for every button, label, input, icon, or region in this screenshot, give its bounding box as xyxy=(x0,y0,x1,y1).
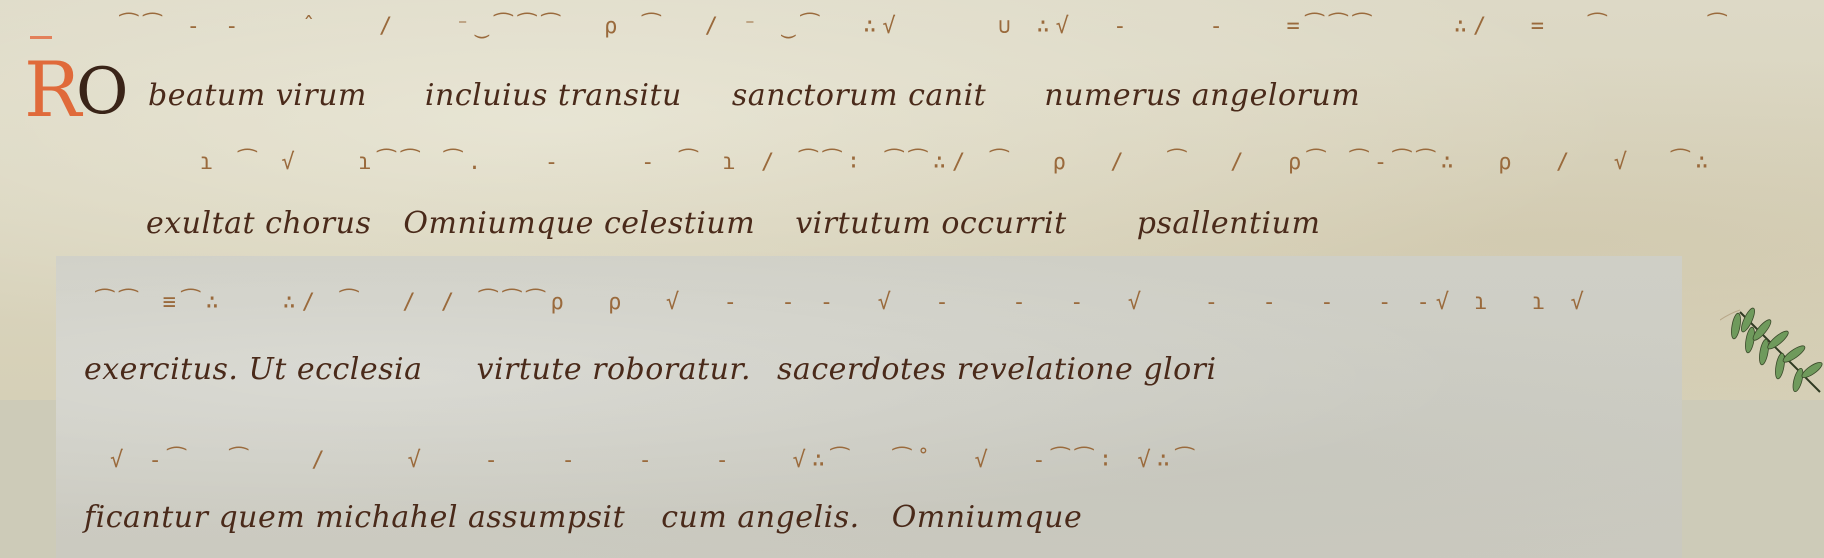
text-word: cum angelis. xyxy=(661,500,859,535)
background-corner-right xyxy=(1682,400,1824,558)
text-line-3: exercitus. Ut ecclesia virtute roboratur… xyxy=(84,352,1245,387)
neume-line-1: ⁀⁀ - - ˆ / ⁻‿⁀⁀⁀ ρ ⁀ / ⁻ ‿⁀ ∴√ ∪ ∴√ - - … xyxy=(120,14,1732,39)
rubric-initial: R xyxy=(24,52,81,128)
neume-line-2: ɿ ⁀ √ ɿ⁀⁀ ⁀. - - ⁀ ɿ / ⁀⁀∶ ⁀⁀∴/ ⁀ ρ / ⁀ … xyxy=(200,150,1714,175)
text-word: sanctorum canit xyxy=(732,78,986,113)
neume-line-3: ⁀⁀ ≡⁀∴ ∴/ ⁀ / / ⁀⁀⁀ρ ρ √ - - - √ - - - √… xyxy=(96,290,1590,315)
text-line-1: beatum virum incluius transitu sanctorum… xyxy=(148,78,1388,113)
sprig-drawing-icon xyxy=(1720,300,1824,400)
abbreviation-bar xyxy=(30,36,52,39)
text-word: psallentium xyxy=(1137,206,1321,241)
text-word: numerus angelorum xyxy=(1044,78,1360,113)
text-word: virtute roboratur. xyxy=(477,352,751,387)
text-word: exultat chorus xyxy=(146,206,371,241)
text-word: sacerdotes revelatione glori xyxy=(777,352,1217,387)
text-word: ficantur quem michahel assumpsit xyxy=(84,500,625,535)
text-word: Omniumque xyxy=(892,500,1083,535)
text-line-4: ficantur quem michahel assumpsit cum ang… xyxy=(84,500,1110,535)
background-corner-left xyxy=(0,400,56,558)
text-word: incluius transitu xyxy=(425,78,682,113)
text-word: virtutum occurrit xyxy=(795,206,1066,241)
text-word: exercitus. Ut ecclesia xyxy=(84,352,422,387)
text-line-2: exultat chorus Omniumque celestium virtu… xyxy=(146,206,1348,241)
neume-line-4: √ -⁀ ⁀ / √ - - - - √∴⁀ ⁀˚ √ -⁀⁀∶ √∴⁀ xyxy=(110,448,1200,473)
text-word: beatum virum xyxy=(148,78,367,113)
text-word: Omniumque celestium xyxy=(403,206,755,241)
black-initial: O xyxy=(76,60,128,124)
